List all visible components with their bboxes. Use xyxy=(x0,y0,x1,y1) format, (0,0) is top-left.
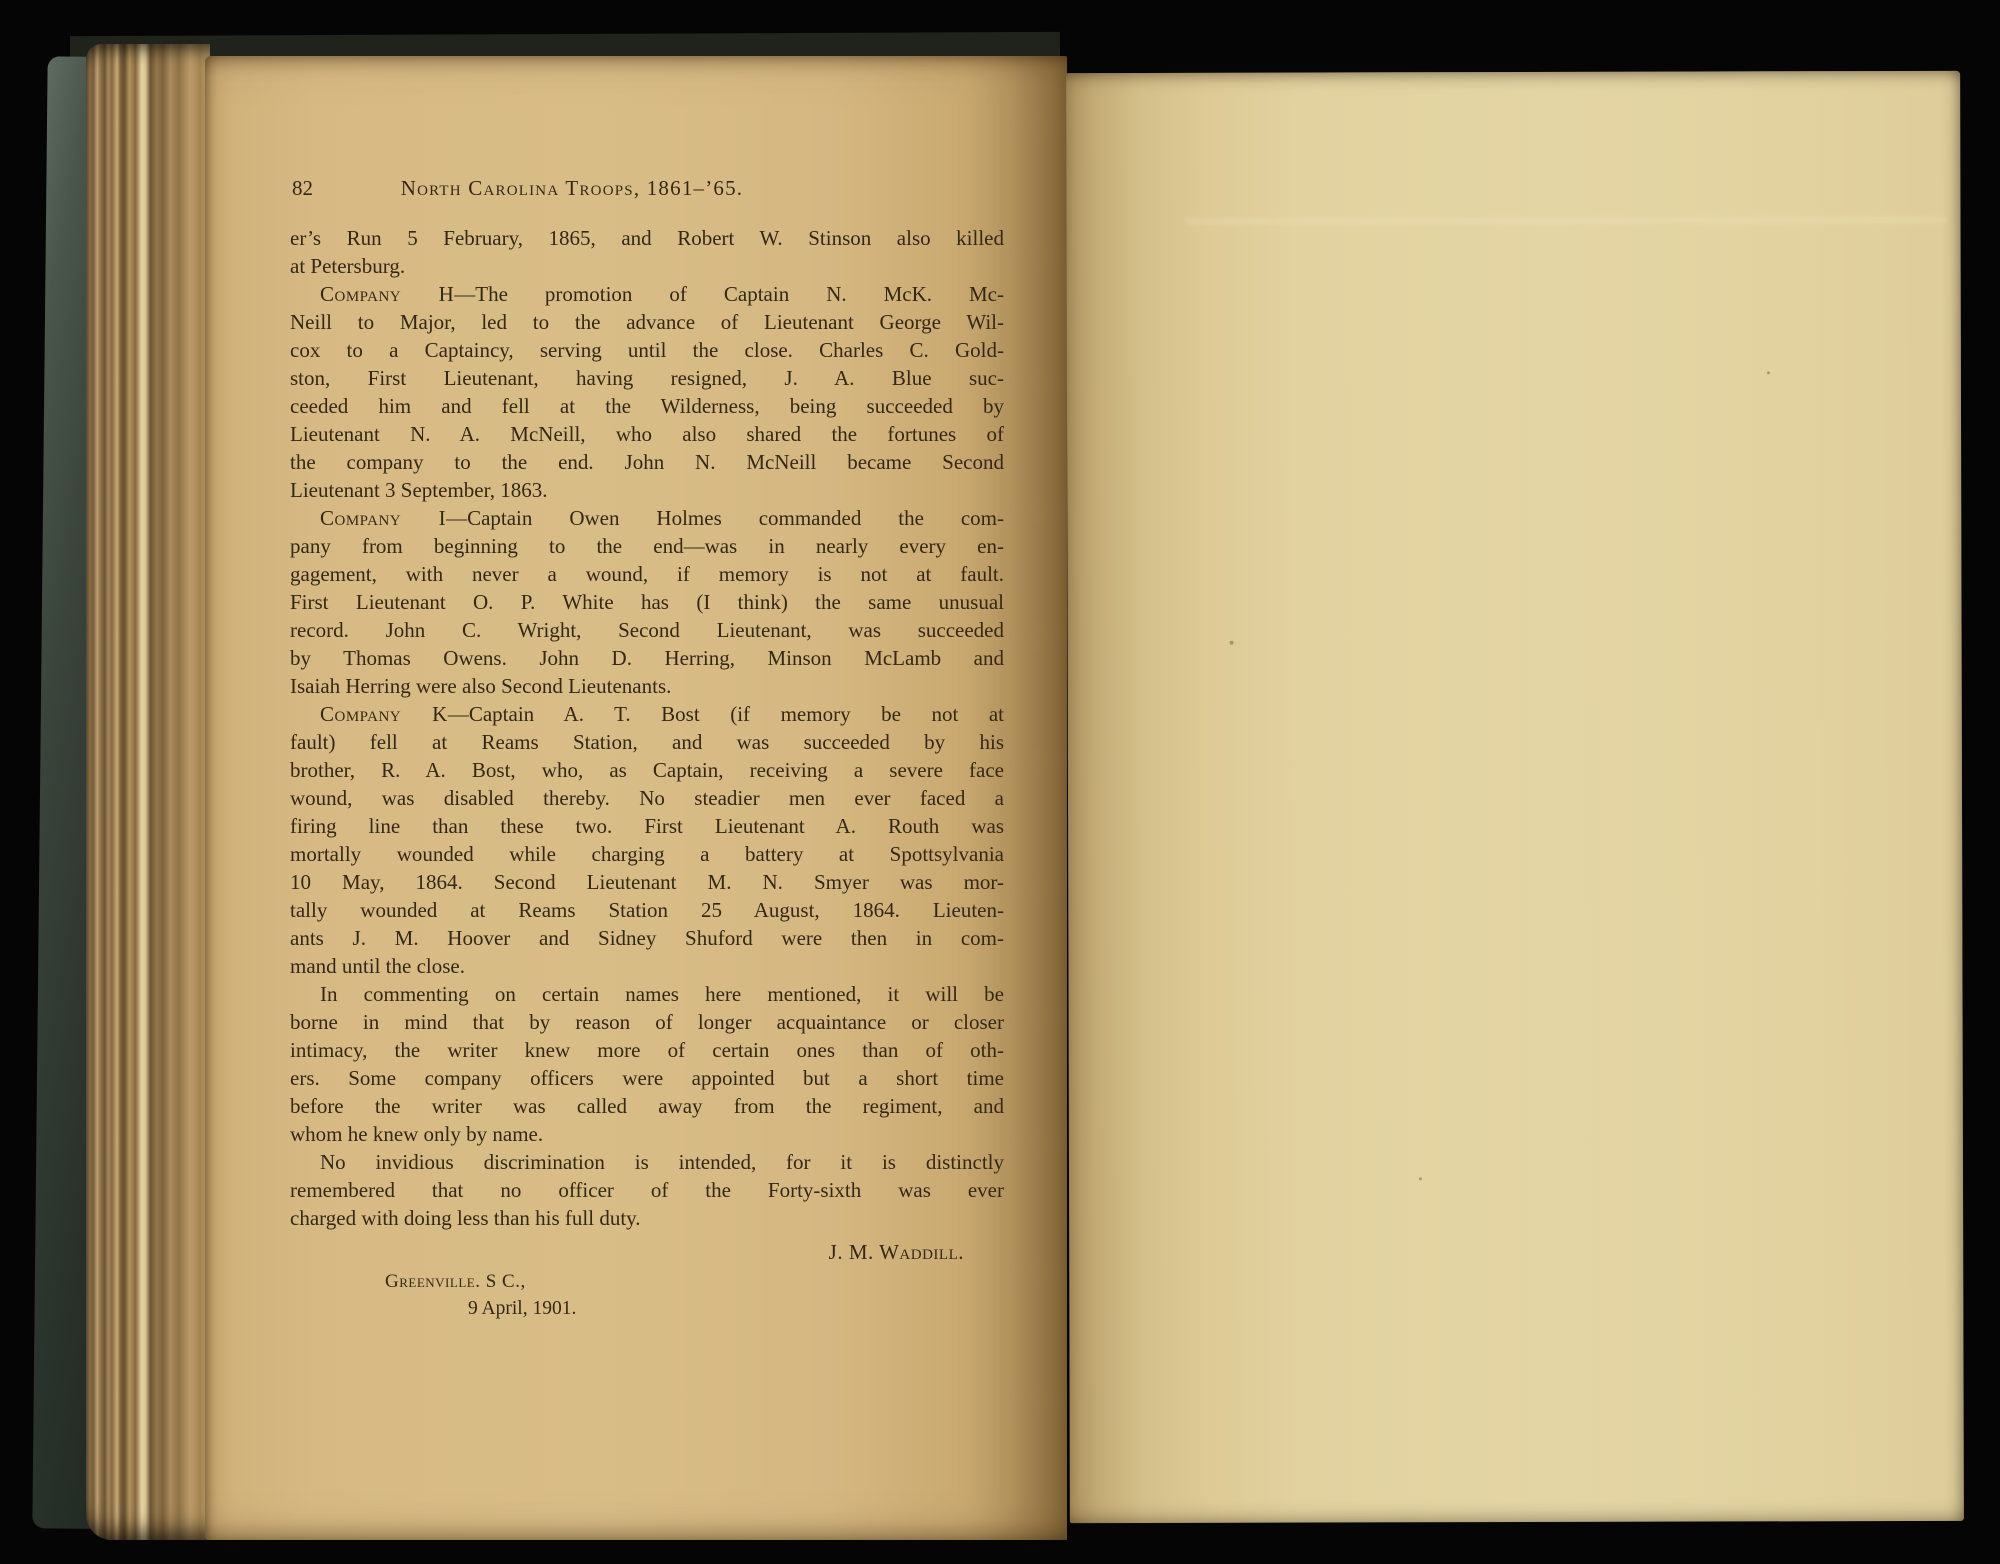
paragraph: Company H—The promotion of Captain N. Mc… xyxy=(290,280,1004,504)
text-line: Lieutenant N. A. McNeill, who also share… xyxy=(290,420,1004,448)
body-text: er’s Run 5 February, 1865, and Robert W.… xyxy=(290,224,1004,1232)
paragraph: In commenting on certain names here ment… xyxy=(290,980,1004,1148)
text-line: brother, R. A. Bost, who, as Captain, re… xyxy=(290,756,1004,784)
text-line: Company I—Captain Owen Holmes commanded … xyxy=(290,504,1004,532)
text-line: by Thomas Owens. John D. Herring, Minson… xyxy=(290,644,1004,672)
text-line: Lieutenant 3 September, 1863. xyxy=(290,476,1004,504)
text-line: record. John C. Wright, Second Lieutenan… xyxy=(290,616,1004,644)
company-label: Company H xyxy=(320,282,454,306)
text-line: charged with doing less than his full du… xyxy=(290,1204,1004,1232)
running-title: North Carolina Troops, 1861–’65. xyxy=(290,174,1004,202)
text-line: tally wounded at Reams Station 25 August… xyxy=(290,896,1004,924)
text-line: firing line than these two. First Lieute… xyxy=(290,812,1004,840)
scan-artifact-band xyxy=(1186,217,1946,225)
text-line: mand until the close. xyxy=(290,952,1004,980)
text-line: No invidious discrimination is intended,… xyxy=(290,1148,1004,1176)
text-line: mortally wounded while charging a batter… xyxy=(290,840,1004,868)
text-line: pany from beginning to the end—was in ne… xyxy=(290,532,1004,560)
paper-speck xyxy=(1419,1177,1422,1180)
text-line: before the writer was called away from t… xyxy=(290,1092,1004,1120)
signature: J. M. Waddill. xyxy=(290,1238,1004,1266)
text-line: at Petersburg. xyxy=(290,252,1004,280)
text-line: ants J. M. Hoover and Sidney Shuford wer… xyxy=(290,924,1004,952)
paragraph: Company K—Captain A. T. Bost (if memory … xyxy=(290,700,1004,980)
text-line: intimacy, the writer knew more of certai… xyxy=(290,1036,1004,1064)
text-line: cox to a Captaincy, serving until the cl… xyxy=(290,336,1004,364)
page-header: 82 North Carolina Troops, 1861–’65. xyxy=(290,174,1004,202)
paragraph: No invidious discrimination is intended,… xyxy=(290,1148,1004,1232)
paragraph: er’s Run 5 February, 1865, and Robert W.… xyxy=(290,224,1004,280)
text-line: gagement, with never a wound, if memory … xyxy=(290,560,1004,588)
dateline-date: 9 April, 1901. xyxy=(468,1296,1004,1322)
text-line: er’s Run 5 February, 1865, and Robert W.… xyxy=(290,224,1004,252)
text-line: wound, was disabled thereby. No steadier… xyxy=(290,784,1004,812)
company-label: Company K xyxy=(320,702,448,726)
paragraph: Company I—Captain Owen Holmes commanded … xyxy=(290,504,1004,700)
text-line: fault) fell at Reams Station, and was su… xyxy=(290,728,1004,756)
text-line: Neill to Major, led to the advance of Li… xyxy=(290,308,1004,336)
text-line: Isaiah Herring were also Second Lieutena… xyxy=(290,672,1004,700)
text-line: First Lieutenant O. P. White has (I thin… xyxy=(290,588,1004,616)
right-page xyxy=(1066,71,1964,1523)
text-line: ceeded him and fell at the Wilderness, b… xyxy=(290,392,1004,420)
text-line: Company H—The promotion of Captain N. Mc… xyxy=(290,280,1004,308)
paper-speck xyxy=(1767,371,1770,374)
text-line: Company K—Captain A. T. Bost (if memory … xyxy=(290,700,1004,728)
text-line: whom he knew only by name. xyxy=(290,1120,1004,1148)
text-line: In commenting on certain names here ment… xyxy=(290,980,1004,1008)
book-scan: 82 North Carolina Troops, 1861–’65. er’s… xyxy=(0,0,2000,1564)
text-block: 82 North Carolina Troops, 1861–’65. er’s… xyxy=(290,174,1004,1322)
dateline-place: Greenville. S C., xyxy=(385,1268,1004,1296)
left-page: 82 North Carolina Troops, 1861–’65. er’s… xyxy=(205,56,1067,1540)
text-line: 10 May, 1864. Second Lieutenant M. N. Sm… xyxy=(290,868,1004,896)
company-label: Company I xyxy=(320,506,446,530)
text-line: ston, First Lieutenant, having resigned,… xyxy=(290,364,1004,392)
text-line: ers. Some company officers were appointe… xyxy=(290,1064,1004,1092)
paper-speck xyxy=(1230,641,1234,645)
page-number: 82 xyxy=(292,174,313,202)
text-line: borne in mind that by reason of longer a… xyxy=(290,1008,1004,1036)
text-line: remembered that no officer of the Forty-… xyxy=(290,1176,1004,1204)
text-line: the company to the end. John N. McNeill … xyxy=(290,448,1004,476)
page-stack-edges xyxy=(86,44,210,1540)
